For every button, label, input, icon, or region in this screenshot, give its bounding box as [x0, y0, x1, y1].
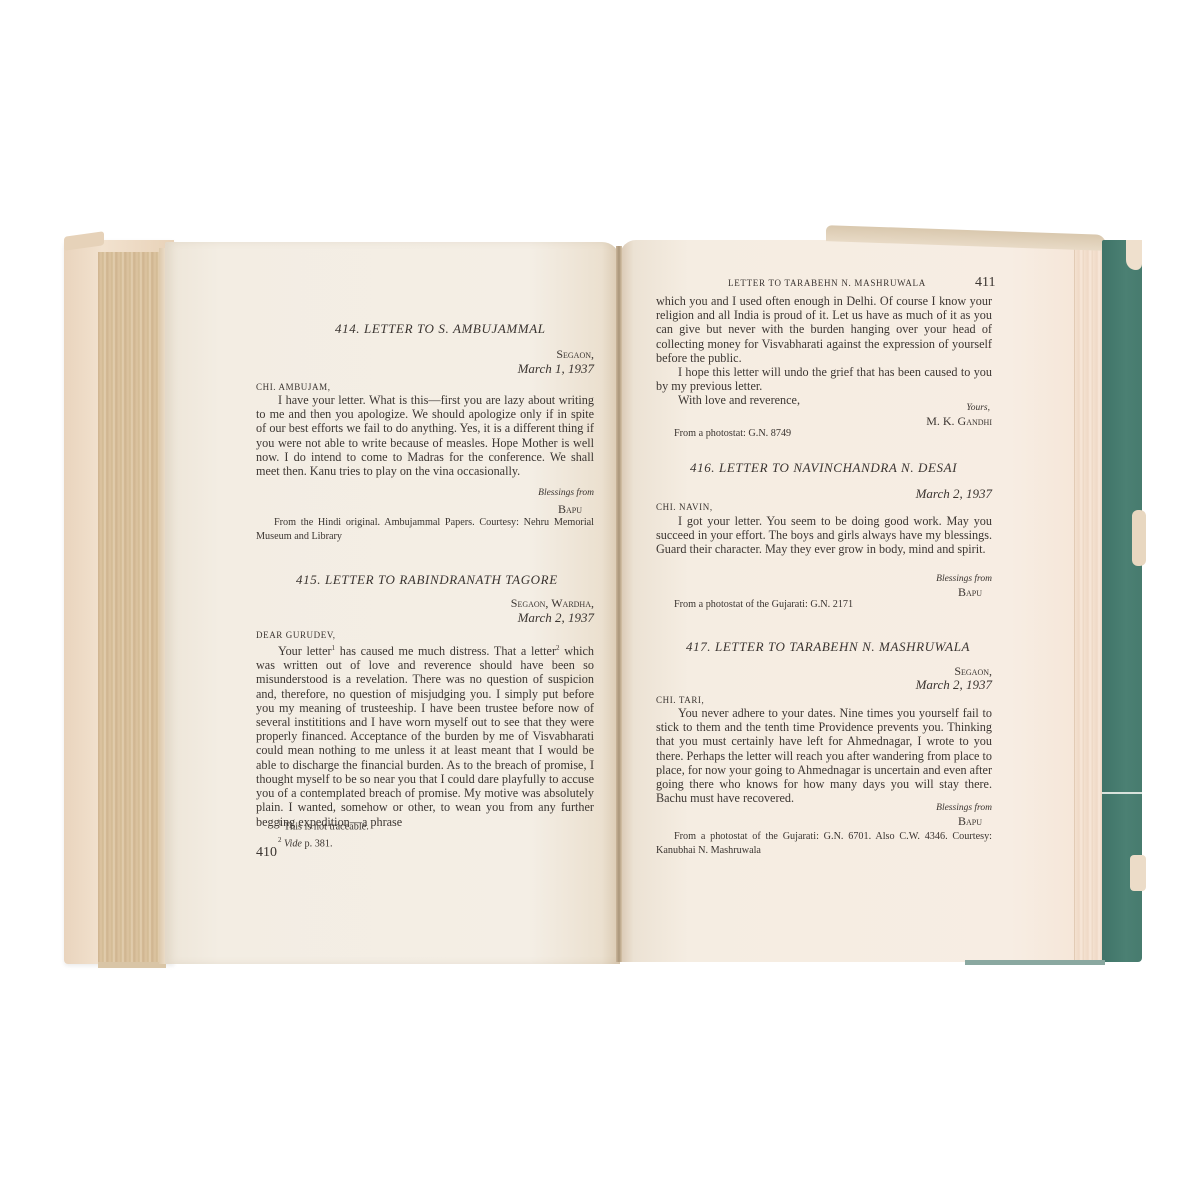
letter-heading: 415. LETTER TO RABINDRANATH TAGORE: [296, 572, 558, 588]
letter-closing: Blessings from: [936, 574, 992, 584]
letter-date: March 2, 1937: [518, 610, 594, 626]
paragraph: which you and I used often enough in Del…: [656, 294, 992, 365]
paragraph: I have your letter. What is this—first y…: [256, 393, 594, 478]
letter-source: From a photostat of the Gujarati: G.N. 2…: [674, 598, 853, 612]
letter-body: You never adhere to your dates. Nine tim…: [656, 706, 992, 805]
letter-source: From a photostat of the Gujarati: G.N. 6…: [656, 830, 992, 858]
footnotes: 1 This is not traceable. 2 Vide p. 381.: [278, 817, 369, 851]
right-page-edges: [1074, 244, 1105, 962]
letter-salutation: CHI. TARI,: [656, 695, 704, 705]
footnote-text: This is not traceable.: [284, 821, 369, 832]
cover-tear: [1126, 240, 1142, 270]
running-head: LETTER TO TARABEHN N. MASHRUWALA: [728, 278, 926, 288]
letter-place: Segaon,: [556, 347, 594, 362]
cover-tear: [1130, 855, 1146, 891]
right-cover: [1102, 240, 1142, 962]
paragraph: I hope this letter will undo the grief t…: [656, 365, 992, 393]
text-run: Your letter: [278, 644, 332, 658]
letter-date: March 2, 1937: [916, 486, 992, 502]
paragraph: With love and reverence,: [656, 393, 992, 407]
footnote-mark: 1: [278, 819, 282, 827]
footnote-italic: Vide: [284, 838, 302, 849]
footnote-mark: 2: [278, 836, 282, 844]
letter-body: I got your letter. You seem to be doing …: [656, 514, 992, 557]
bottom-cover-edge: [965, 960, 1105, 965]
letter-heading: 416. LETTER TO NAVINCHANDRA N. DESAI: [690, 460, 957, 476]
letter-closing: Yours,: [966, 403, 990, 413]
letter-signature: Bapu: [558, 502, 582, 517]
footnote-text: p. 381.: [302, 838, 333, 849]
footnote: 1 This is not traceable.: [278, 817, 369, 834]
letter-heading: 417. LETTER TO TARABEHN N. MASHRUWALA: [686, 639, 970, 655]
page-number-right: 411: [975, 275, 995, 291]
letter-salutation: DEAR GURUDEV,: [256, 630, 336, 640]
text-run: has caused me much distress. That a lett…: [335, 644, 556, 658]
letter-body: I have your letter. What is this—first y…: [256, 393, 594, 478]
letter-signature: M. K. Gandhi: [926, 414, 992, 429]
left-page-edges: [98, 252, 167, 964]
text-run: which was written out of love and revere…: [256, 644, 594, 828]
letter-closing: Blessings from: [936, 803, 992, 813]
paragraph: You never adhere to your dates. Nine tim…: [656, 706, 992, 805]
letter-salutation: CHI. AMBUJAM,: [256, 382, 331, 392]
letter-date: March 2, 1937: [916, 677, 992, 693]
letter-body: Your letter1 has caused me much distress…: [256, 641, 594, 829]
letter-signature: Bapu: [958, 585, 982, 600]
footnote: 2 Vide p. 381.: [278, 834, 369, 851]
paragraph: I got your letter. You seem to be doing …: [656, 514, 992, 557]
letter-date: March 1, 1937: [518, 361, 594, 377]
cover-tear: [1132, 510, 1146, 566]
letter-signature: Bapu: [958, 814, 982, 829]
letter-body: which you and I used often enough in Del…: [656, 294, 992, 408]
letter-heading: 414. LETTER TO S. AMBUJAMMAL: [335, 321, 546, 337]
letter-place: Segaon, Wardha,: [511, 596, 594, 611]
open-book: 414. LETTER TO S. AMBUJAMMAL Segaon, Mar…: [0, 0, 1200, 1200]
book-gutter: [616, 246, 622, 962]
cover-crease: [1102, 792, 1142, 794]
letter-source: From a photostat: G.N. 8749: [674, 427, 791, 441]
letter-closing: Blessings from: [538, 488, 594, 498]
letter-salutation: CHI. NAVIN,: [656, 502, 713, 512]
letter-source: From the Hindi original. Ambujammal Pape…: [256, 516, 594, 544]
paragraph: Your letter1 has caused me much distress…: [256, 641, 594, 829]
page-number-left: 410: [256, 845, 277, 861]
